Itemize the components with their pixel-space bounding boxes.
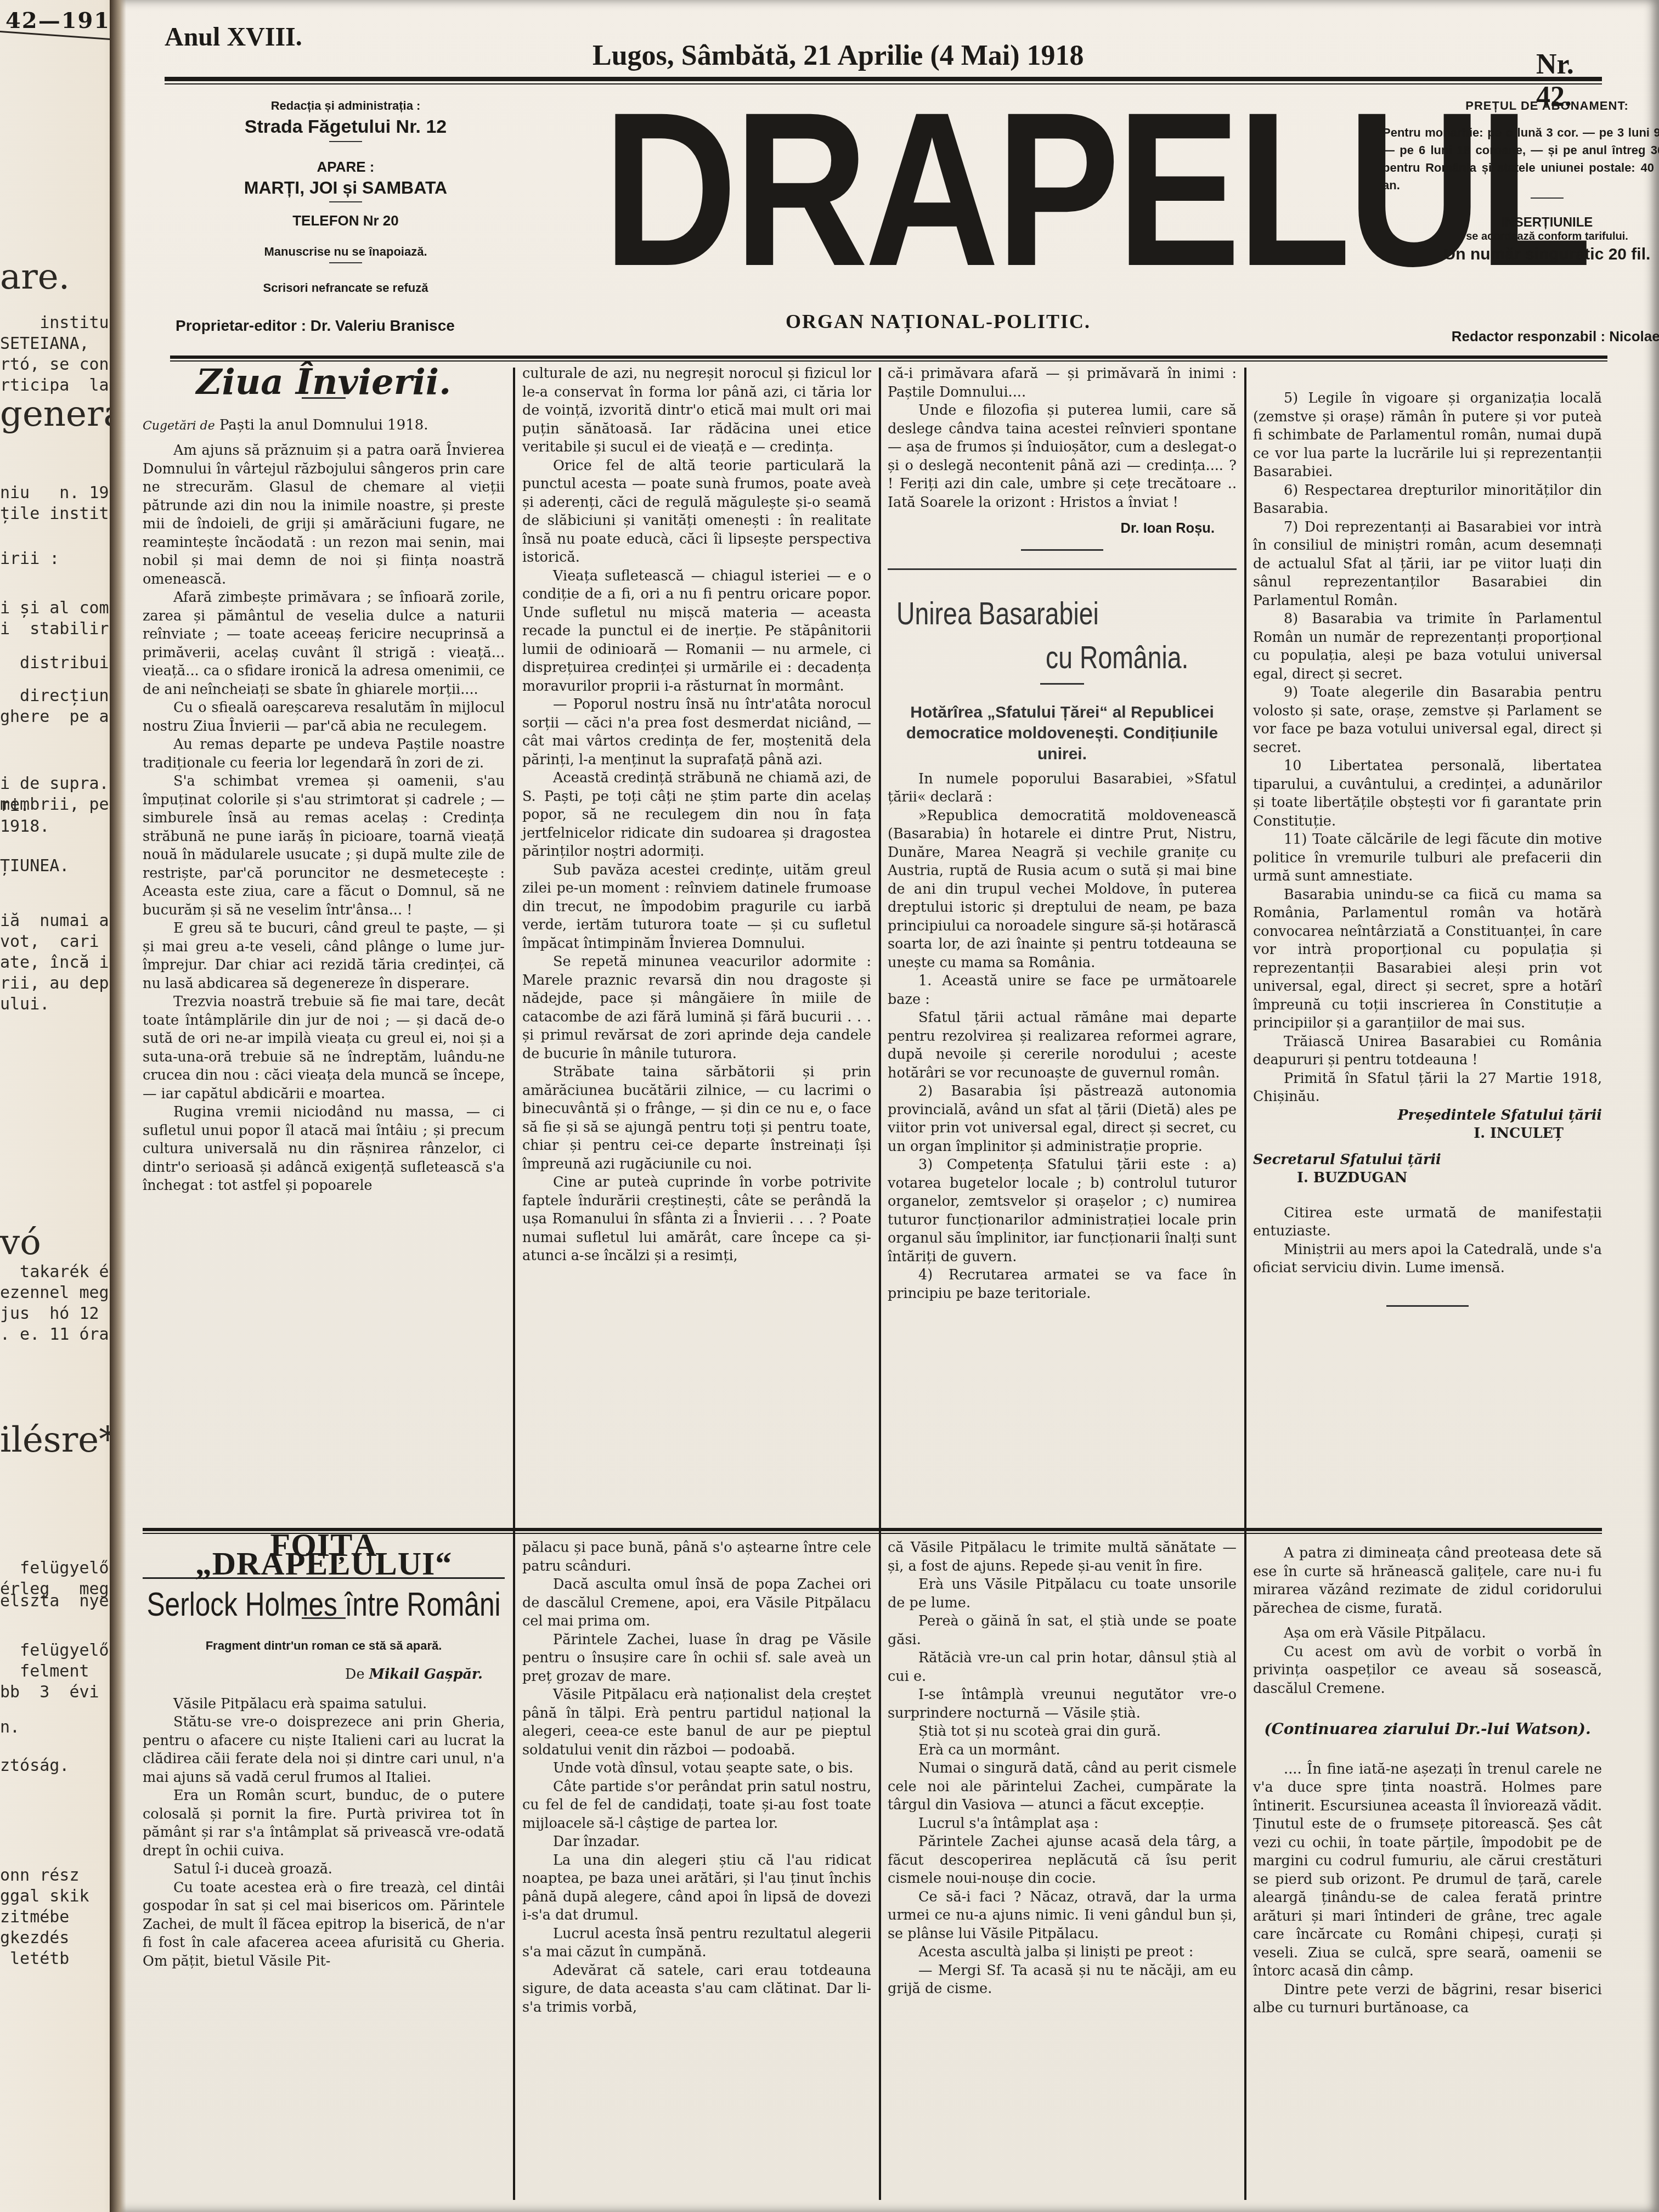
- paragraph: culturale de azi, nu negreșit norocul și…: [522, 365, 871, 457]
- feuilleton-column-2: pălacu și pace bună, până s'o aștearne î…: [522, 1539, 871, 2017]
- paragraph: Trezvia noastră trebuie să fie mai tare,…: [143, 993, 505, 1103]
- paragraph: Se repetă minunea veacurilor adormite : …: [522, 953, 871, 1063]
- paragraph: Numai o singură dată, când au perit cism…: [888, 1759, 1237, 1815]
- paragraph: Lucrul s'a întâmplat așa :: [888, 1815, 1237, 1833]
- masthead-info-left: Redacția și administrația : Strada Făget…: [176, 99, 516, 335]
- single-issue-price: Un număr singuratic 20 fil.: [1383, 245, 1659, 264]
- paragraph: Ce să-i faci ? Năcaz, otravă, dar la urm…: [888, 1888, 1237, 1944]
- newspaper-title: DRAPELUL: [603, 71, 1279, 307]
- paragraph: »Republica democratită moldovenească (Ba…: [888, 807, 1237, 973]
- masthead-info-right: PREȚUL DE ABONAMENT: Pentru monarhie: pe…: [1383, 99, 1659, 264]
- paragraph: .... În fine iată-ne așezați în trenul c…: [1253, 1760, 1602, 1981]
- feuilleton-author: De Mikail Gașpăr.: [143, 1666, 505, 1684]
- title-line-1: Unirea Basarabiei: [888, 592, 1237, 636]
- divider: [1021, 549, 1103, 551]
- address: Strada Făgetului Nr. 12: [176, 116, 516, 138]
- section-rule: [888, 568, 1237, 570]
- paragraph: că-i primăvara afară — și primăvară în i…: [888, 365, 1237, 402]
- paragraph: Părintele Zachei, luase în drag pe Văsil…: [522, 1631, 871, 1686]
- paragraph: — Mergi Sf. Ta acasă și nu te năcăji, am…: [888, 1962, 1237, 1999]
- scrisori-note: Scrisori nefrancate se refuză: [176, 281, 516, 295]
- masthead-bottom-rule: [170, 356, 1607, 362]
- secretary-name: I. BUZDUGAN: [1253, 1169, 1602, 1188]
- president-title-text: Președintele Sfatului țării: [1398, 1107, 1602, 1124]
- paragraph: 1. Această unire se face pe următoarele …: [888, 972, 1237, 1009]
- responsible-editor: Redactor responzabil : Nicolae Jugănaru: [1344, 328, 1659, 345]
- paragraph: Rugina vremii niciodând nu massa, — ci s…: [143, 1103, 505, 1195]
- paragraph: Această credință străbună ne chiamă azi,…: [522, 769, 871, 861]
- proprietar-editor: Proprietar-editor : Dr. Valeriu Branisce: [176, 317, 516, 335]
- paragraph: Cu toate acestea erà o fire treazà, cel …: [143, 1879, 505, 1971]
- article-subtitle: Cugetări de Paști la anul Domnului 1918.: [143, 416, 505, 436]
- article-ziua-invierii: Ziua Învierii. Cugetări de Paști la anul…: [143, 368, 505, 1195]
- apare-days: MARȚI, JOI și SAMBATA: [176, 178, 516, 198]
- paragraph: 7) Doi reprezentanți ai Basarabiei vor i…: [1253, 518, 1602, 611]
- paragraph: Cine ar puteà cuprinde în vorbe potrivit…: [522, 1173, 871, 1266]
- divider: [1531, 198, 1564, 199]
- subtitle-italic: Cugetări de: [143, 419, 215, 433]
- paragraph: Dintre pete verzi de băgrini, resar bise…: [1253, 1981, 1602, 2018]
- paragraph: Lucrul acesta însă pentru rezultatul ale…: [522, 1925, 871, 1962]
- insertions-label: INSERȚIUNILE: [1383, 215, 1659, 230]
- paragraph: A patra zi dimineața când preoteasa dete…: [1253, 1544, 1602, 1618]
- article-ziua-continuation: culturale de azi, nu negreșit norocul și…: [522, 365, 871, 1266]
- paragraph: I-se întâmplà vreunui negutător vre-o su…: [888, 1686, 1237, 1723]
- paragraph: Au remas departe pe undeva Paștile noast…: [143, 736, 505, 772]
- feuilleton-column-3: că Văsile Pitpălacu le trimite multă săn…: [888, 1539, 1237, 1999]
- paragraph: că Văsile Pitpălacu le trimite multă săn…: [888, 1539, 1237, 1576]
- article-unirea-continuation: 5) Legile în vigoare și organizația loca…: [1253, 390, 1602, 1324]
- secretary-title-text: Secretarul Sfatului țării: [1253, 1152, 1441, 1168]
- newspaper-page: Anul XVIII. Lugos, Sâmbătă, 21 Aprilie (…: [110, 0, 1659, 2212]
- paragraph: Satul î-i duceà groază.: [143, 1860, 505, 1879]
- year-volume: Anul XVIII.: [165, 22, 302, 52]
- paragraph: 10 Libertatea personală, libertatea tipa…: [1253, 757, 1602, 831]
- page-fold-shadow: [110, 0, 126, 2212]
- secretary-title: Secretarul Sfatului țării: [1253, 1151, 1602, 1170]
- paragraph: Dacă asculta omul însă de popa Zachei or…: [522, 1576, 871, 1631]
- paragraph: 9) Toate alegerile din Basarabia pentru …: [1253, 684, 1602, 757]
- divider: [1386, 1305, 1469, 1307]
- paragraph: 2) Basarabia își păstrează autonomia pro…: [888, 1082, 1237, 1156]
- paragraph: 6) Respectarea drepturilor minorităților…: [1253, 482, 1602, 518]
- divider: [329, 201, 362, 202]
- paragraph: Stătu-se vre-o doisprezece ani prin Gher…: [143, 1713, 505, 1787]
- paragraph: 11) Toate călcările de legi făcute din m…: [1253, 831, 1602, 886]
- paragraph: 5) Legile în vigoare și organizația loca…: [1253, 390, 1602, 482]
- paragraph: Erà uns Văsile Pitpălacu cu toate unsori…: [888, 1576, 1237, 1612]
- paragraph: Unde e filozofia și puterea lumii, care …: [888, 402, 1237, 512]
- continuation-note: (Continuarea ziarului Dr.-lui Watson).: [1253, 1720, 1602, 1739]
- author-prefix: De: [345, 1666, 365, 1683]
- feuilleton-title: Serlock Holmes între Români: [144, 1595, 504, 1614]
- apare-label: APARE :: [176, 159, 516, 176]
- feuilleton-fragment-note: Fragment dintr'un roman ce stă să apară.: [143, 1637, 505, 1655]
- paragraph: Sfatul țării actual rămâne mai departe p…: [888, 1009, 1237, 1082]
- paragraph: Străbate taina sărbătorii și prin amărăc…: [522, 1063, 871, 1173]
- article-unirea-column: că-i primăvara afară — și primăvară în i…: [888, 365, 1237, 1303]
- subscription-price-label: PREȚUL DE ABONAMENT:: [1383, 99, 1659, 113]
- paragraph: 4) Recrutarea armatei se va face în prin…: [888, 1266, 1237, 1303]
- feuilleton-header: FOIȚA „DRAPELULUI“: [143, 1536, 505, 1579]
- title-line-2: cu România.: [888, 636, 1237, 680]
- paragraph: E greu să te bucuri, când greul te paște…: [143, 919, 505, 993]
- insertions-text: se acordează conform tarifului.: [1383, 230, 1659, 243]
- paragraph: Pereà o găină în sat, el știà unde se po…: [888, 1612, 1237, 1649]
- paragraph: Era un Român scurt, bunduc, de o putere …: [143, 1787, 505, 1860]
- paragraph: Dar înzadar.: [522, 1833, 871, 1852]
- divider: [329, 262, 362, 263]
- paragraph: — Poporul nostru însă nu într'atâta noro…: [522, 696, 871, 769]
- paragraph: Așa om erà Văsile Pitpălacu.: [1253, 1624, 1602, 1643]
- divider: [1040, 683, 1084, 685]
- paragraph: Cu o sfieală oareșcareva resalutăm în mi…: [143, 699, 505, 736]
- president-name: I. INCULEȚ: [1253, 1125, 1602, 1143]
- redactia-label: Redacția și administrația :: [176, 99, 516, 113]
- paragraph: Cu acest om avù de vorbit o vorbă în pri…: [1253, 1643, 1602, 1699]
- subtitle-rest: Paști la anul Domnului 1918.: [219, 417, 428, 433]
- paragraph: Părintele Zachei ajunse acasă dela târg,…: [888, 1833, 1237, 1888]
- telefon: TELEFON Nr 20: [176, 212, 516, 229]
- paragraph: Basarabia unindu-se ca fiică cu mama sa …: [1253, 886, 1602, 1033]
- paragraph: Știà tot și nu scoteà grai din gură.: [888, 1723, 1237, 1741]
- paragraph: 3) Competența Sfatului țării este : a) v…: [888, 1156, 1237, 1266]
- president-title: Președintele Sfatului țării: [1253, 1107, 1602, 1125]
- paragraph: Rătăcià vre-un cal prin hotar, dânsul șt…: [888, 1649, 1237, 1686]
- paragraph: 8) Basarabia va trimite în Parlamentul R…: [1253, 610, 1602, 684]
- divider: [329, 141, 362, 142]
- paragraph: Afară zimbește primăvara ; se înfioară z…: [143, 589, 505, 699]
- article-signature: Dr. Ioan Roșu.: [888, 520, 1237, 538]
- feuilleton-column-1: FOIȚA „DRAPELULUI“ Serlock Holmes între …: [143, 1536, 505, 1971]
- paragraph: Orice fel de altă teorie particulară la …: [522, 457, 871, 567]
- previous-page-header: 42—1918: [5, 8, 127, 33]
- manuscrise-note: Manuscrise nu se înapoiază.: [176, 245, 516, 259]
- paragraph: Unde votà dînsul, votau șeapte sate, o b…: [522, 1759, 871, 1778]
- paragraph: Câte partide s'or perândat prin satul no…: [522, 1778, 871, 1833]
- paragraph: Acesta ascultà jalba și liniști pe preot…: [888, 1943, 1237, 1962]
- paragraph: Erà ca un mormânt.: [888, 1741, 1237, 1760]
- paragraph: S'a schimbat vremea și oamenii, s'au împ…: [143, 772, 505, 919]
- paragraph: La una din alegeri știu că l'au ridicat …: [522, 1852, 871, 1925]
- paragraph: Văsile Pitpălacu erà naționalist dela cr…: [522, 1686, 871, 1759]
- author-name: Mikail Gașpăr.: [369, 1666, 483, 1683]
- paragraph: Sub pavăza acestei credințe, uităm greul…: [522, 861, 871, 953]
- column-rule: [879, 368, 881, 2200]
- paragraph: Am ajuns să prăznuim și a patra oară Înv…: [143, 442, 505, 589]
- column-rule: [513, 368, 515, 2200]
- paragraph: Adevărat că satele, cari erau totdeauna …: [522, 1962, 871, 2017]
- paragraph: Primită în Sfatul țării la 27 Martie 191…: [1253, 1070, 1602, 1107]
- feuilleton-column-4: A patra zi dimineața când preoteasa dete…: [1253, 1544, 1602, 2018]
- paragraph: Miniștrii au mers apoi la Catedrală, und…: [1253, 1241, 1602, 1278]
- paragraph: In numele poporului Basarabiei, »Sfatul …: [888, 770, 1237, 807]
- subscription-price-text: Pentru monarhie: pe o lună 3 cor. — pe 3…: [1383, 124, 1659, 194]
- article-title: Unirea Basarabiei cu România.: [888, 592, 1237, 680]
- paragraph: Citirea este urmată de manifestații entu…: [1253, 1204, 1602, 1241]
- paragraph: Văsile Pitpălacu erà spaima satului.: [143, 1695, 505, 1714]
- paragraph: pălacu și pace bună, până s'o aștearne î…: [522, 1539, 871, 1576]
- article-subtitle: Hotărîrea „Sfatului Țărei“ al Republicei…: [888, 702, 1237, 765]
- article-title: Ziua Învierii.: [143, 373, 505, 392]
- paragraph: Vieața sufletească — chiagul isteriei — …: [522, 567, 871, 696]
- column-rule: [1244, 368, 1246, 2200]
- paragraph: Trăiască Unirea Basarabiei cu România de…: [1253, 1033, 1602, 1070]
- newspaper-subtitle: ORGAN NAȚIONAL-POLITIC.: [691, 310, 1185, 333]
